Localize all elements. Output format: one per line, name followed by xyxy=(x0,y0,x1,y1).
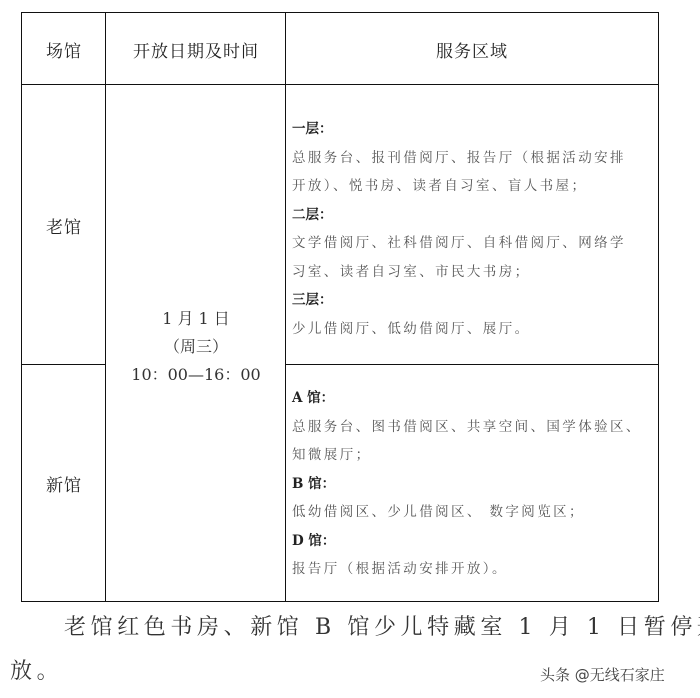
schedule-table: 场馆 开放日期及时间 服务区域 老馆 新馆 1 月 1 日 （周三） 10：00… xyxy=(21,12,659,602)
header-venue: 场馆 xyxy=(22,13,106,85)
floor-1-line: 开放）、悦书房、读者自习室、盲人书屋； xyxy=(292,172,654,201)
hall-b-line: 低幼借阅区、少儿借阅区、 数字阅览区； xyxy=(292,498,654,527)
service-areas-old: 一层： 总服务台、报刊借阅厅、报告厅（根据活动安排 开放）、悦书房、读者自习室、… xyxy=(292,115,654,343)
time-range-text: 10：00—16：00 xyxy=(131,361,260,389)
closure-note-line-1: 老馆红色书房、新馆 B 馆少儿特藏室 1 月 1 日暂停开 xyxy=(64,610,700,641)
floor-1-label: 一层： xyxy=(292,115,654,144)
row-divider xyxy=(285,364,658,365)
hall-a-line: 知微展厅； xyxy=(292,441,654,470)
venue-old: 老馆 xyxy=(22,85,106,365)
hall-a-line: 总服务台、图书借阅区、共享空间、国学体验区、 xyxy=(292,413,654,442)
hall-a-label: A 馆： xyxy=(292,384,654,413)
venue-new: 新馆 xyxy=(22,365,106,601)
floor-2-line: 习室、读者自习室、市民大书房； xyxy=(292,258,654,287)
hall-b-label: B 馆： xyxy=(292,470,654,499)
service-areas-new: A 馆： 总服务台、图书借阅区、共享空间、国学体验区、 知微展厅； B 馆： 低… xyxy=(292,384,654,584)
hall-d-label: D 馆： xyxy=(292,527,654,556)
date-text: 1 月 1 日 xyxy=(162,305,230,333)
floor-1-line: 总服务台、报刊借阅厅、报告厅（根据活动安排 xyxy=(292,144,654,173)
floor-2-line: 文学借阅厅、社科借阅厅、自科借阅厅、网络学 xyxy=(292,229,654,258)
floor-3-line: 少儿借阅厅、低幼借阅厅、展厅。 xyxy=(292,315,654,344)
source-watermark: 头条 @无线石家庄 xyxy=(540,664,665,685)
header-service-area: 服务区域 xyxy=(286,13,658,85)
closure-note-line-2: 放。 xyxy=(10,654,63,685)
header-date-time: 开放日期及时间 xyxy=(106,13,286,85)
floor-3-label: 三层： xyxy=(292,286,654,315)
weekday-text: （周三） xyxy=(164,333,228,361)
floor-2-label: 二层： xyxy=(292,201,654,230)
hall-d-line: 报告厅（根据活动安排开放）。 xyxy=(292,555,654,584)
date-time-cell: 1 月 1 日 （周三） 10：00—16：00 xyxy=(106,85,286,601)
